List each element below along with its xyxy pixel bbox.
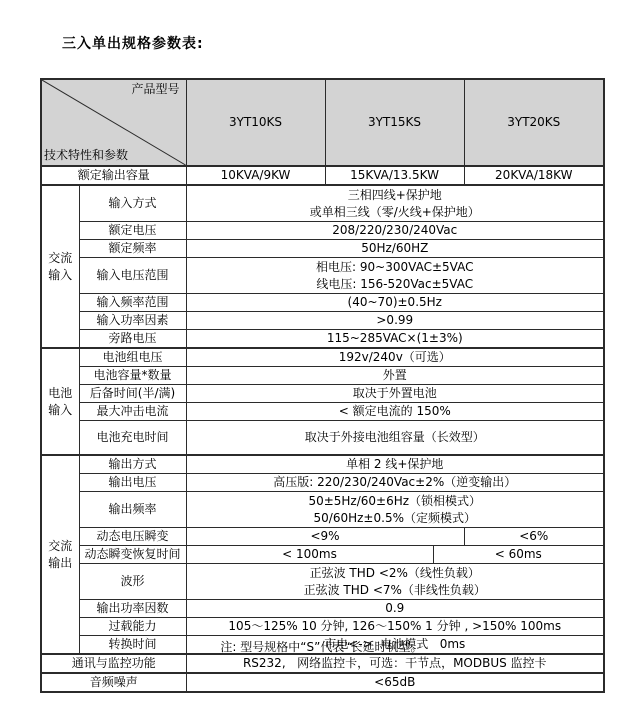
param-label: 电池容量*数量 xyxy=(79,367,186,385)
param-label: 额定频率 xyxy=(79,240,186,258)
param-label: 电池组电压 xyxy=(79,348,186,367)
param-value: 15KVA/13.5KW xyxy=(325,166,464,185)
row-output-mode: 交流 输出 输出方式 单相 2 线+保护地 xyxy=(41,455,604,474)
row-input-power-factor: 输入功率因素 >0.99 xyxy=(41,312,604,330)
param-value: <9% xyxy=(186,528,464,546)
row-audible-noise: 音频噪声 <65dB xyxy=(41,673,604,692)
spec-sheet-page: 三入单出规格参数表: 产品型号 技术特性和参数 3YT10KS 3YT15KS … xyxy=(0,0,641,721)
param-label: 旁路电压 xyxy=(79,330,186,349)
param-value: 20KVA/18KW xyxy=(464,166,604,185)
param-label: 最大冲击电流 xyxy=(79,403,186,421)
param-label: 额定输出容量 xyxy=(41,166,186,185)
param-value: <65dB xyxy=(186,673,604,692)
row-output-voltage: 输出电压 高压版: 220/230/240Vac±2%（逆变输出） xyxy=(41,474,604,492)
param-value: 0.9 xyxy=(186,600,604,618)
corner-cell: 产品型号 技术特性和参数 xyxy=(41,79,186,166)
model-header-3yt20ks: 3YT20KS xyxy=(464,79,604,166)
param-label: 额定电压 xyxy=(79,222,186,240)
param-value: 外置 xyxy=(186,367,604,385)
row-input-voltage-range: 输入电压范围 相电压: 90~300VAC±5VAC 线电压: 156-520V… xyxy=(41,258,604,294)
param-value: < 60ms xyxy=(433,546,604,564)
param-value: 50Hz/60HZ xyxy=(186,240,604,258)
section-label-ac-output: 交流 输出 xyxy=(41,455,79,654)
row-input-frequency-range: 输入频率范围 (40~70)±0.5Hz xyxy=(41,294,604,312)
param-label: 动态电压瞬变 xyxy=(79,528,186,546)
row-rated-output: 额定输出容量 10KVA/9KW 15KVA/13.5KW 20KVA/18KW xyxy=(41,166,604,185)
param-value: 105～125% 10 分钟, 126～150% 1 分钟 , >150% 10… xyxy=(186,618,604,636)
table-header-row: 产品型号 技术特性和参数 3YT10KS 3YT15KS 3YT20KS xyxy=(41,79,604,166)
row-output-power-factor: 输出功率因数 0.9 xyxy=(41,600,604,618)
row-overload-capability: 过载能力 105～125% 10 分钟, 126～150% 1 分钟 , >15… xyxy=(41,618,604,636)
param-label: 后备时间(半/满) xyxy=(79,385,186,403)
row-rated-frequency: 额定频率 50Hz/60HZ xyxy=(41,240,604,258)
row-battery-capacity: 电池容量*数量 外置 xyxy=(41,367,604,385)
param-value: 192v/240v（可选） xyxy=(186,348,604,367)
param-value: 208/220/230/240Vac xyxy=(186,222,604,240)
param-value: >0.99 xyxy=(186,312,604,330)
row-input-mode: 交流 输入 输入方式 三相四线+保护地 或单相三线（零/火线+保护地） xyxy=(41,185,604,222)
row-bypass-voltage: 旁路电压 115~285VAC×(1±3%) xyxy=(41,330,604,349)
footnote: 注: 型号规格中“S”代表“长延时机型。 xyxy=(40,638,603,655)
param-value: 三相四线+保护地 或单相三线（零/火线+保护地） xyxy=(186,185,604,222)
param-label: 输入电压范围 xyxy=(79,258,186,294)
row-max-inrush-current: 最大冲击电流 < 额定电流的 150% xyxy=(41,403,604,421)
param-label: 输出方式 xyxy=(79,455,186,474)
param-value: (40~70)±0.5Hz xyxy=(186,294,604,312)
param-value: 取决于外置电池 xyxy=(186,385,604,403)
param-value: RS232, 网络监控卡，可选：干节点，MODBUS 监控卡 xyxy=(186,654,604,673)
section-label-ac-input: 交流 输入 xyxy=(41,185,79,348)
row-communication: 通讯与监控功能 RS232, 网络监控卡，可选：干节点，MODBUS 监控卡 xyxy=(41,654,604,673)
param-label: 音频噪声 xyxy=(41,673,186,692)
row-waveform: 波形 正弦波 THD <2%（线性负载） 正弦波 THD <7%（非线性负载） xyxy=(41,564,604,600)
param-label: 输出电压 xyxy=(79,474,186,492)
param-label: 输出功率因数 xyxy=(79,600,186,618)
corner-label-product-model: 产品型号 xyxy=(132,81,180,98)
param-value: 50±5Hz/60±6Hz（锁相模式） 50/60Hz±0.5%（定频模式） xyxy=(186,492,604,528)
param-value: < 100ms xyxy=(186,546,433,564)
row-battery-charge-time: 电池充电时间 取决于外接电池组容量（长效型） xyxy=(41,421,604,456)
param-label: 动态瞬变恢复时间 xyxy=(79,546,186,564)
param-value: <6% xyxy=(464,528,604,546)
param-label: 输入功率因素 xyxy=(79,312,186,330)
corner-label-tech-params: 技术特性和参数 xyxy=(44,147,128,164)
row-transient-recovery-time: 动态瞬变恢复时间 < 100ms < 60ms xyxy=(41,546,604,564)
page-title: 三入单出规格参数表: xyxy=(62,33,204,53)
row-rated-voltage: 额定电压 208/220/230/240Vac xyxy=(41,222,604,240)
param-label: 电池充电时间 xyxy=(79,421,186,456)
param-value: 115~285VAC×(1±3%) xyxy=(186,330,604,349)
row-output-frequency: 输出频率 50±5Hz/60±6Hz（锁相模式） 50/60Hz±0.5%（定频… xyxy=(41,492,604,528)
param-value: 相电压: 90~300VAC±5VAC 线电压: 156-520Vac±5VAC xyxy=(186,258,604,294)
param-value: 单相 2 线+保护地 xyxy=(186,455,604,474)
model-header-3yt10ks: 3YT10KS xyxy=(186,79,325,166)
model-header-3yt15ks: 3YT15KS xyxy=(325,79,464,166)
param-value: 10KVA/9KW xyxy=(186,166,325,185)
param-label: 通讯与监控功能 xyxy=(41,654,186,673)
param-value: 正弦波 THD <2%（线性负载） 正弦波 THD <7%（非线性负载） xyxy=(186,564,604,600)
param-label: 波形 xyxy=(79,564,186,600)
param-value: 取决于外接电池组容量（长效型） xyxy=(186,421,604,456)
spec-table: 产品型号 技术特性和参数 3YT10KS 3YT15KS 3YT20KS 额定输… xyxy=(40,78,605,693)
param-label: 输入频率范围 xyxy=(79,294,186,312)
row-dynamic-voltage-transient: 动态电压瞬变 <9% <6% xyxy=(41,528,604,546)
param-label: 过载能力 xyxy=(79,618,186,636)
param-value: < 额定电流的 150% xyxy=(186,403,604,421)
param-value: 高压版: 220/230/240Vac±2%（逆变输出） xyxy=(186,474,604,492)
row-backup-time: 后备时间(半/满) 取决于外置电池 xyxy=(41,385,604,403)
row-battery-voltage: 电池 输入 电池组电压 192v/240v（可选） xyxy=(41,348,604,367)
param-label: 输入方式 xyxy=(79,185,186,222)
section-label-battery-input: 电池 输入 xyxy=(41,348,79,455)
param-label: 输出频率 xyxy=(79,492,186,528)
